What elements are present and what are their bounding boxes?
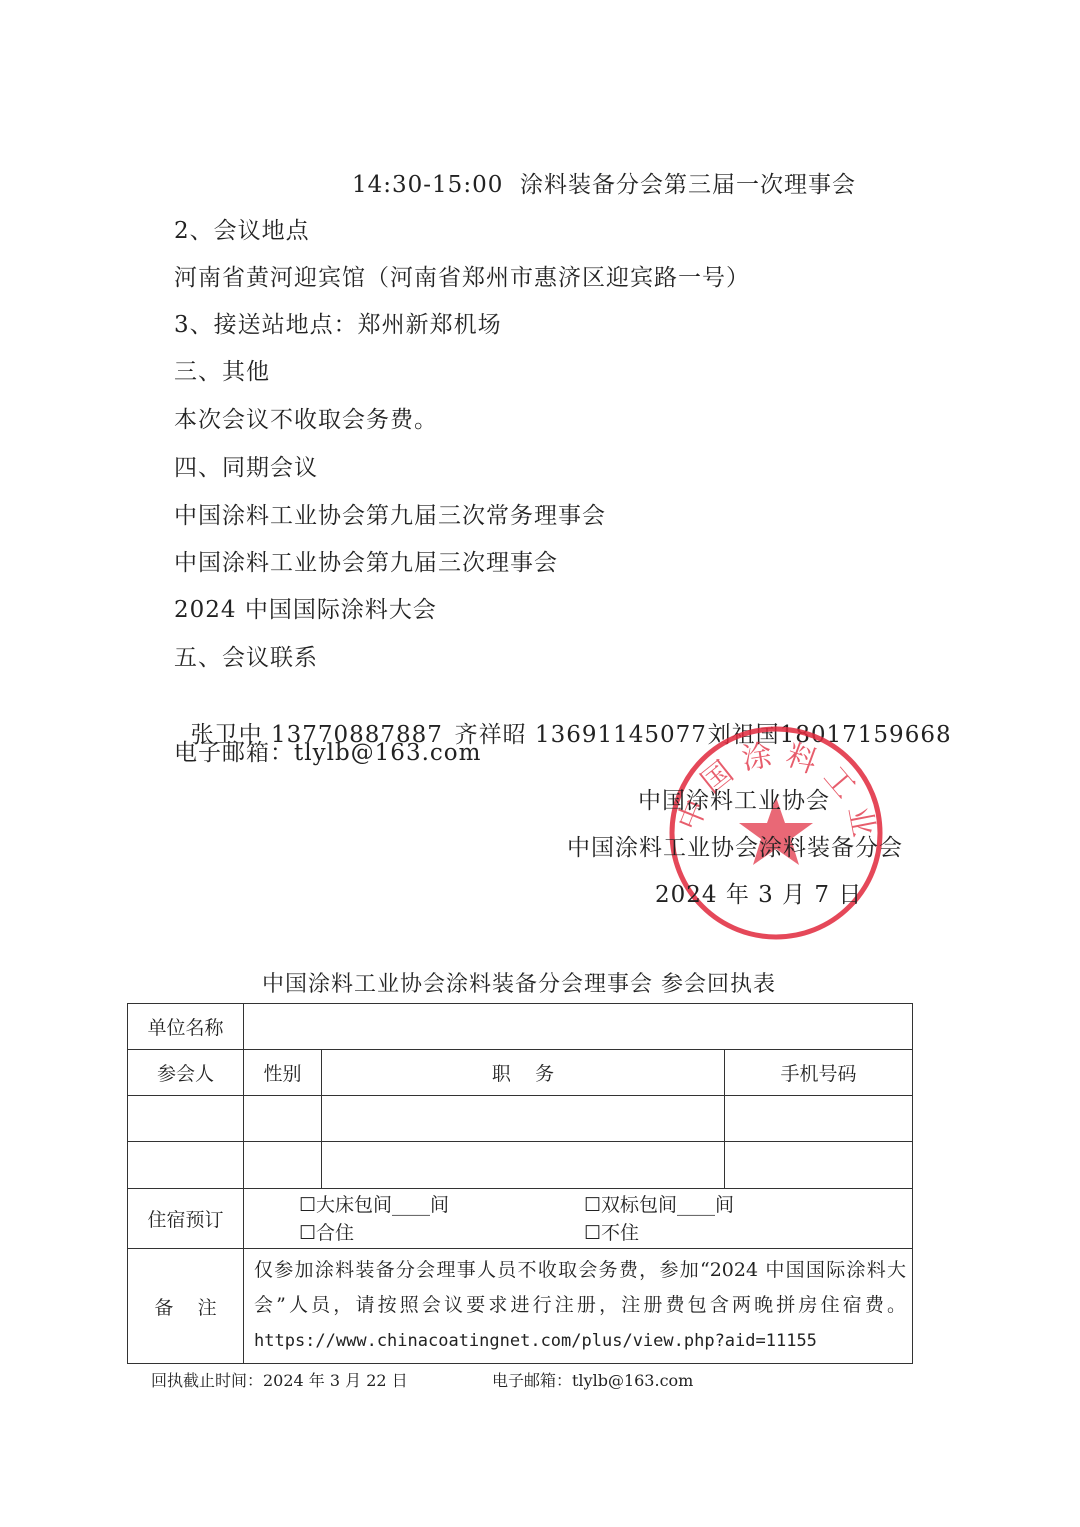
header-position: 职 务 — [322, 1050, 725, 1096]
venue-text: 河南省黄河迎宾馆（河南省郑州市惠济区迎宾路一号） — [174, 263, 750, 293]
footer-email: 电子邮箱：tlylb@163.com — [492, 1369, 693, 1393]
table-row — [128, 1096, 913, 1142]
section-three-heading: 三、其他 — [174, 357, 270, 387]
reply-form-table: 单位名称 参会人 性别 职 务 手机号码 住宿预订 ☐大床包间____间 ☐双标… — [127, 1003, 913, 1364]
attendee-field[interactable] — [128, 1096, 244, 1142]
checkbox-icon[interactable]: ☐ — [299, 1194, 316, 1216]
section-four-heading: 四、同期会议 — [174, 453, 318, 483]
lodging-option-twin[interactable]: ☐双标包间____间 — [584, 1191, 869, 1219]
unit-name-label: 单位名称 — [128, 1004, 244, 1050]
checkbox-icon[interactable]: ☐ — [584, 1222, 601, 1244]
lodging-row: 住宿预订 ☐大床包间____间 ☐双标包间____间 ☐合住 ☐不住 — [128, 1189, 913, 1249]
section-five-heading: 五、会议联系 — [174, 643, 318, 673]
email-line: 电子邮箱：tlylb@163.com — [174, 738, 481, 768]
registration-link[interactable]: https://www.chinacoatingnet.com/plus/vie… — [254, 1331, 817, 1351]
email-link[interactable]: tlylb@163.com — [294, 740, 481, 766]
header-gender: 性别 — [244, 1050, 322, 1096]
notes-label: 备 注 — [128, 1249, 244, 1364]
option-label: 双标包间____间 — [601, 1194, 734, 1216]
lodging-option-none[interactable]: ☐不住 — [584, 1219, 869, 1247]
lodging-options: ☐大床包间____间 ☐双标包间____间 ☐合住 ☐不住 — [244, 1189, 913, 1249]
header-attendee: 参会人 — [128, 1050, 244, 1096]
form-title: 中国涂料工业协会涂料装备分会理事会 参会回执表 — [127, 970, 911, 1000]
option-label: 不住 — [601, 1222, 639, 1244]
gender-field[interactable] — [244, 1142, 322, 1189]
concurrent-meeting: 2024 中国国际涂料大会 — [174, 595, 437, 625]
phone-field[interactable] — [725, 1142, 913, 1189]
section-2-heading: 2、会议地点 — [174, 216, 310, 246]
reply-deadline: 回执截止时间：2024 年 3 月 22 日 — [151, 1369, 408, 1393]
unit-name-row: 单位名称 — [128, 1004, 913, 1050]
attendee-field[interactable] — [128, 1142, 244, 1189]
lodging-option-share[interactable]: ☐合住 — [299, 1219, 584, 1247]
gender-field[interactable] — [244, 1096, 322, 1142]
notes-content: 仅参加涂料装备分会理事人员不收取会务费，参加“2024 中国国际涂料大会”人员，… — [244, 1249, 913, 1364]
fee-note: 本次会议不收取会务费。 — [174, 405, 438, 435]
header-phone: 手机号码 — [725, 1050, 913, 1096]
checkbox-icon[interactable]: ☐ — [299, 1222, 316, 1244]
checkbox-icon[interactable]: ☐ — [584, 1194, 601, 1216]
lodging-option-king[interactable]: ☐大床包间____间 — [299, 1191, 584, 1219]
table-row — [128, 1142, 913, 1189]
email-label: 电子邮箱： — [174, 740, 294, 766]
position-field[interactable] — [322, 1096, 725, 1142]
option-label: 合住 — [316, 1222, 354, 1244]
pickup-location: 3、接送站地点：郑州新郑机场 — [174, 310, 502, 340]
concurrent-meeting: 中国涂料工业协会第九届三次常务理事会 — [174, 501, 606, 531]
unit-name-field[interactable] — [244, 1004, 913, 1050]
concurrent-meeting: 中国涂料工业协会第九届三次理事会 — [174, 548, 558, 578]
signature-org-2: 中国涂料工业协会涂料装备分会 — [567, 833, 903, 863]
notes-text: 仅参加涂料装备分会理事人员不收取会务费，参加“2024 中国国际涂料大会”人员，… — [254, 1259, 906, 1316]
signature-date: 2024 年 3 月 7 日 — [655, 880, 862, 910]
position-field[interactable] — [322, 1142, 725, 1189]
schedule-line: 14:30-15:00 涂料装备分会第三届一次理事会 — [352, 170, 856, 200]
phone-field[interactable] — [725, 1096, 913, 1142]
lodging-label: 住宿预订 — [128, 1189, 244, 1249]
option-label: 大床包间____间 — [316, 1194, 449, 1216]
signature-org-1: 中国涂料工业协会 — [638, 786, 830, 816]
header-row: 参会人 性别 职 务 手机号码 — [128, 1050, 913, 1096]
notes-row: 备 注 仅参加涂料装备分会理事人员不收取会务费，参加“2024 中国国际涂料大会… — [128, 1249, 913, 1364]
